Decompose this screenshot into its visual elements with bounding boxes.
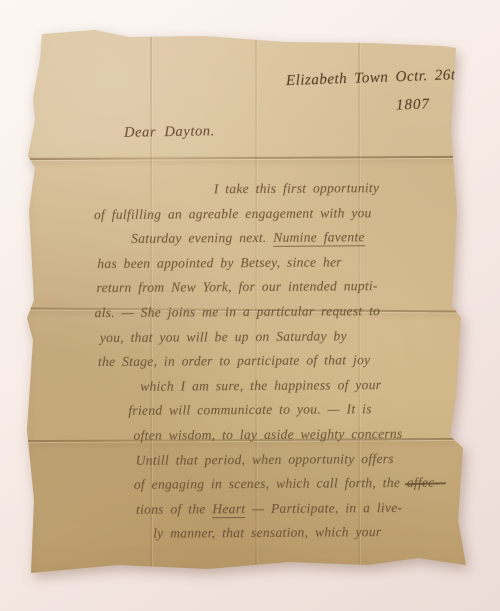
letter-line: has been appointed by Betsey, since her: [97, 249, 499, 276]
letter-line: of engaging in scenes, which call forth,…: [134, 470, 500, 497]
letter-line: often wisdom, to lay aside weighty conce…: [133, 421, 500, 448]
letter-text-segment: ly manner, that sensation, which your: [153, 524, 381, 541]
letter-text-segment: you, that you will be up on Saturday by: [100, 328, 347, 345]
letter-text-segment: which I am sure, the happiness of your: [140, 377, 381, 394]
letter-text-segment: of fulfilling an agreable engagement wit…: [94, 205, 372, 222]
letter-text-segment: I take this first opportunity: [214, 180, 380, 196]
letter-text-segment: return from New York, for our intended n…: [96, 278, 377, 295]
letter-text-segment: affec-: [407, 475, 440, 490]
letter-place-date: Elizabeth Town Octr. 26th: [286, 67, 464, 90]
letter-line: return from New York, for our intended n…: [96, 274, 499, 301]
letter-line: ly manner, that sensation, which your: [153, 520, 500, 547]
letter-photograph: Elizabeth Town Octr. 26th 1807 Dear Dayt…: [0, 0, 500, 611]
letter-paper: Elizabeth Town Octr. 26th 1807 Dear Dayt…: [0, 0, 500, 611]
letter-text-segment: friend will communicate to you. — It is: [128, 401, 372, 418]
letter-text-segment: tions of the: [136, 501, 212, 517]
letter-line: I take this first opportunity: [214, 175, 499, 202]
letter-text-segment: has been appointed by Betsey, since her: [97, 254, 342, 271]
letter-text-segment: Untill that period, when opportunity off…: [136, 451, 394, 468]
letter-salutation: Dear Dayton.: [124, 123, 215, 142]
letter-line: als. — She joins me in a particular requ…: [95, 298, 500, 325]
letter-line: Untill that period, when opportunity off…: [136, 446, 500, 473]
letter-year: 1807: [396, 96, 431, 114]
letter-text-segment: Saturday evening next.: [131, 230, 273, 246]
letter-text-segment: — Participate, in a live-: [245, 500, 402, 516]
letter-line: the Stage, in order to participate of th…: [98, 347, 500, 374]
letter-text-segment: als. — She joins me in a particular requ…: [95, 303, 381, 320]
letter-text-segment: of engaging in scenes, which call forth,…: [134, 475, 407, 492]
letter-text-segment: Numine favente: [273, 229, 365, 247]
letter-line: of fulfilling an agreable engagement wit…: [94, 200, 499, 227]
letter-text-segment: Heart: [212, 501, 245, 518]
letter-text-segment: the Stage, in order to participate of th…: [98, 352, 371, 369]
letter-lines: I take this first opportunityof fulfilli…: [0, 175, 500, 547]
paper-shadow: Elizabeth Town Octr. 26th 1807 Dear Dayt…: [0, 0, 500, 611]
letter-line: which I am sure, the happiness of your: [140, 372, 500, 399]
horizontal-fold-crease: [28, 156, 466, 160]
letter-line: you, that you will be up on Saturday by: [100, 323, 500, 350]
letter-line: tions of the Heart — Participate, in a l…: [136, 495, 500, 522]
letter-text-segment: often wisdom, to lay aside weighty conce…: [133, 426, 402, 443]
letter-line: friend will communicate to you. — It is: [128, 397, 500, 424]
letter-line: Saturday evening next. Numine favente: [131, 224, 499, 251]
